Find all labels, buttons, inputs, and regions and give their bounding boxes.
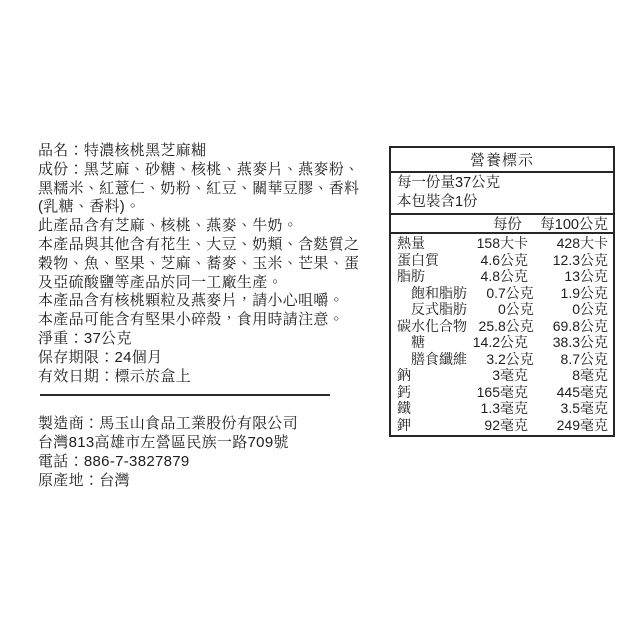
allergen-facility-line-3: 及亞硫酸鹽等產品於同一工廠生產。	[38, 274, 386, 293]
ingredients-line-1: 成份：黑芝麻、砂糖、核桃、燕麥片、燕麥粉、	[38, 161, 386, 180]
country-of-origin-line: 原產地：台灣	[38, 471, 386, 490]
nutrition-rows: 熱量 158大卡 428大卡 蛋白質 4.6公克 12.3公克 脂肪 4.8公克…	[391, 234, 613, 435]
nutrient-label: 鉀	[397, 415, 456, 435]
product-info-block: 品名：特濃核桃黑芝麻糊 成份：黑芝麻、砂糖、核桃、燕麥片、燕麥粉、 黑糯米、紅薏…	[38, 142, 386, 386]
nutrition-row-potassium: 鉀 92毫克 249毫克	[391, 417, 613, 434]
shell-warning-line: 本產品可能含有堅果小碎殼，食用時請注意。	[38, 311, 386, 330]
nutrition-column-headers: 每份 每100公克	[391, 215, 613, 234]
serving-info-block: 每一份量37公克 本包裝含1份	[391, 173, 613, 215]
shelf-life-line: 保存期限：24個月	[38, 349, 386, 368]
net-weight-line: 淨重：37公克	[38, 330, 386, 349]
nutrition-table-title: 營養標示	[391, 148, 613, 173]
col-header-per-serving: 每份	[397, 213, 528, 234]
product-name-line: 品名：特濃核桃黑芝麻糊	[38, 142, 386, 161]
ingredients-line-3: (乳糖、香料)。	[38, 198, 386, 217]
servings-per-pack-line: 本包裝含1份	[397, 193, 607, 212]
col-header-per-100g: 每100公克	[528, 213, 608, 234]
nutrient-per-serving: 92毫克	[456, 415, 528, 435]
nutrition-facts-table: 營養標示 每一份量37公克 本包裝含1份 每份 每100公克 熱量 158大卡 …	[389, 146, 615, 437]
manufacturer-block: 製造商：馬玉山食品工業股份有限公司 台灣813高雄市左營區民族一路709號 電話…	[38, 414, 386, 490]
manufacturer-name-line: 製造商：馬玉山食品工業股份有限公司	[38, 414, 386, 433]
manufacturer-address-line: 台灣813高雄市左營區民族一路709號	[38, 433, 386, 452]
allergen-facility-line-2: 穀物、魚、堅果、芝麻、蕎麥、玉米、芒果、蛋	[38, 255, 386, 274]
manufacturer-phone-line: 電話：886-7-3827879	[38, 452, 386, 471]
nutrient-per-100g: 249毫克	[528, 415, 608, 435]
chew-warning-line: 本產品含有核桃顆粒及燕麥片，請小心咀嚼。	[38, 292, 386, 311]
allergen-facility-line-1: 本產品與其他含有花生、大豆、奶類、含麩質之	[38, 236, 386, 255]
serving-size-line: 每一份量37公克	[397, 174, 607, 193]
product-label-page: 品名：特濃核桃黑芝麻糊 成份：黑芝麻、砂糖、核桃、燕麥片、燕麥粉、 黑糯米、紅薏…	[0, 0, 640, 640]
ingredients-line-2: 黑糯米、紅薏仁、奶粉、紅豆、關華豆膠、香料	[38, 180, 386, 199]
allergen-contains-line: 此產品含有芝麻、核桃、燕麥、牛奶。	[38, 217, 386, 236]
section-divider	[40, 394, 330, 396]
expiry-date-line: 有效日期：標示於盒上	[38, 368, 386, 387]
